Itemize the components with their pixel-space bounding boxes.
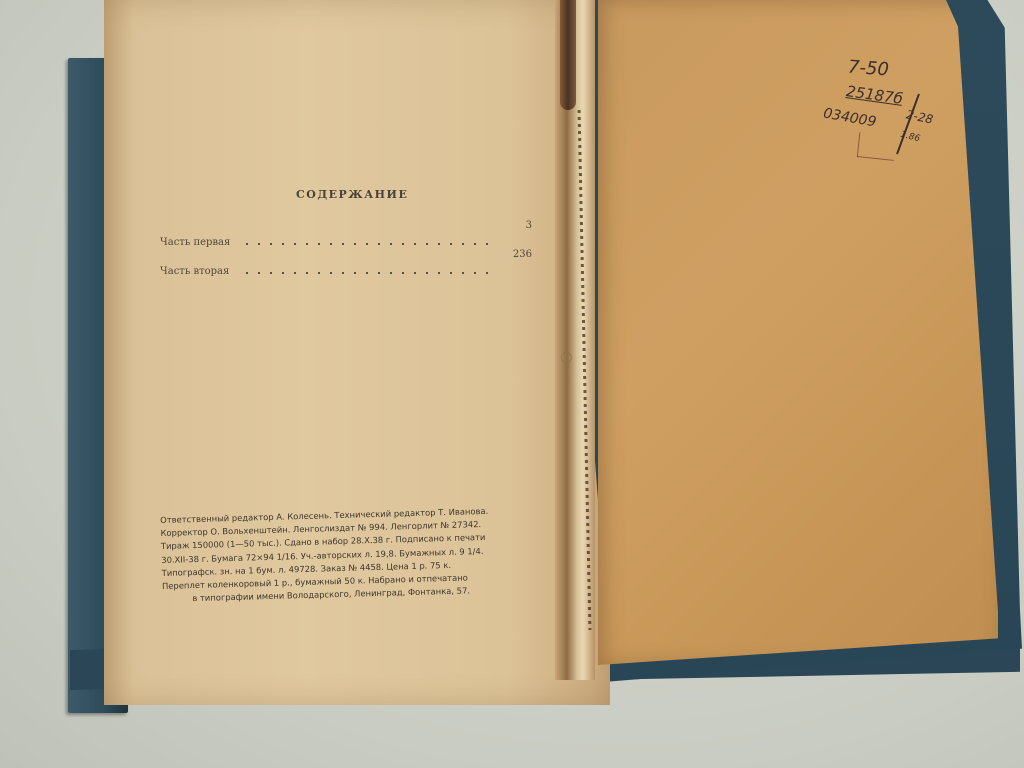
toc-entry-page: 3: [526, 220, 532, 231]
book-photo: СОДЕРЖАНИЕ Часть первая 3 Часть вторая 2…: [0, 0, 1024, 768]
toc-title: СОДЕРЖАНИЕ: [296, 188, 408, 201]
toc-entry: Часть вторая 236: [160, 261, 532, 277]
leader-dots: [246, 243, 496, 245]
endpaper-page: [598, 0, 998, 665]
torn-spine: [560, 0, 576, 110]
toc-entry-label: Часть первая: [160, 237, 230, 248]
imprint-block: Ответственный редактор А. Колесень. Техн…: [160, 503, 562, 607]
page-hole: [561, 352, 572, 363]
handwritten-mark: 7-50: [847, 57, 889, 81]
toc-entry-page: 236: [513, 249, 532, 260]
leader-dots: [246, 272, 496, 274]
toc-entry-label: Часть вторая: [160, 266, 229, 277]
library-stamp-outline: [857, 132, 896, 161]
toc-entry: Часть первая 3: [160, 232, 532, 248]
